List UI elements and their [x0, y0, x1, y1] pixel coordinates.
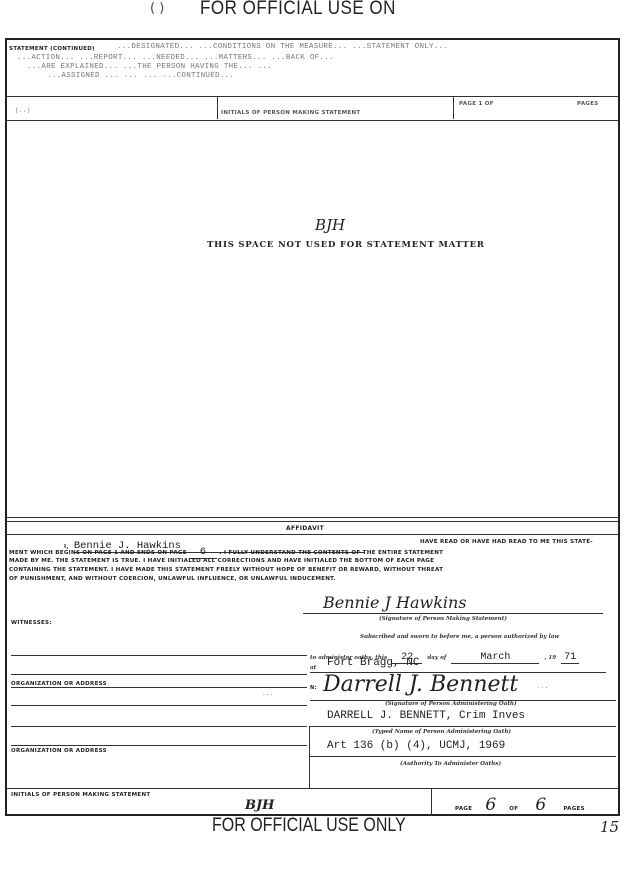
typed-name: DARRELL J. BENNETT, Crim Inves	[327, 710, 525, 722]
footer-initials: BJH	[245, 798, 274, 813]
year-prefix: , 19	[544, 655, 556, 661]
administering-signature-label: (Signature of Person Administering Oath)	[385, 701, 517, 707]
space-not-used-message: THIS SPACE NOT USED FOR STATEMENT MATTER	[207, 240, 485, 250]
witness-line-3	[11, 687, 307, 688]
illegible-line-3: ...ARE EXPLAINED... ...THE PERSON HAVING…	[27, 63, 272, 71]
page-of-pages: PAGE 6 OF 6 PAGES	[455, 795, 585, 815]
person-signature: Bennie J Hawkins	[323, 593, 467, 612]
of-label: OF	[509, 806, 518, 812]
affidavit-line-1-suffix: HAVE READ OR HAVE HAD READ TO ME THIS ST…	[420, 538, 593, 548]
affidavit-line-2-prefix: MENT WHICH BEGINS ON PAGE 1 AND ENDS ON …	[9, 550, 187, 556]
subscribed-text: Subscribed and sworn to before me, a per…	[360, 634, 559, 640]
total-pages: 6	[535, 795, 546, 815]
divider	[7, 788, 618, 789]
authority: Art 136 (b) (4), UCMJ, 1969	[327, 740, 505, 752]
header-pages-label: PAGES	[577, 101, 599, 107]
at-prefix-mark: N:	[310, 685, 317, 691]
signature-line	[303, 613, 603, 614]
pages-label: PAGES	[563, 806, 585, 812]
at-label: at	[310, 665, 316, 671]
oath-month: March	[451, 652, 539, 664]
divider	[431, 788, 432, 816]
header-left-label: (..)	[15, 107, 31, 114]
faint-mid-text: ...	[262, 690, 274, 697]
affidavit-line-2-suffix: . I FULLY UNDERSTAND THE CONTENTS OF THE…	[219, 550, 443, 556]
footer-initials-label: INITIALS OF PERSON MAKING STATEMENT	[11, 792, 150, 798]
official-use-stamp-bottom: FOR OFFICIAL USE ONLY	[212, 815, 406, 837]
witness-line-2	[11, 674, 307, 675]
oath-location: Fort Bragg, NC	[327, 657, 419, 669]
faint-right-text: ...	[537, 683, 549, 690]
witness-line-4	[11, 705, 307, 706]
witness-line-6	[11, 745, 307, 746]
stamp-mark: ( )	[150, 1, 164, 16]
divider	[453, 97, 454, 119]
initials-mark: BJH	[315, 216, 345, 234]
page-label: PAGE	[455, 806, 472, 812]
affidavit-title: AFFIDAVIT	[286, 525, 324, 532]
authority-line	[310, 756, 616, 757]
typed-name-line	[310, 726, 616, 727]
illegible-line-2: ...ACTION... ...REPORT... ...NEEDED... .…	[17, 54, 334, 62]
top-stamp: ( ) FOR OFFICIAL USE ON	[0, 0, 626, 22]
divider	[7, 521, 618, 522]
current-page: 6	[485, 795, 496, 815]
statement-form: STATEMENT (Continued) ...DESIGNATED... .…	[5, 38, 620, 816]
administering-signature: Darrell J. Bennett	[323, 672, 518, 697]
authority-label: (Authority To Administer Oaths)	[400, 761, 501, 767]
header-initials-label: INITIALS OF PERSON MAKING STATEMENT	[221, 110, 360, 116]
divider	[7, 120, 618, 121]
divider	[217, 97, 218, 119]
witness-line-5	[11, 726, 307, 727]
witness-line-1	[11, 655, 307, 656]
illegible-line-4: ...ASSIGNED ... ... ... ...CONTINUED...	[47, 72, 234, 80]
organization-address-label-2: ORGANIZATION OR ADDRESS	[11, 748, 107, 754]
witnesses-label: WITNESSES:	[11, 620, 52, 626]
official-use-stamp-top: FOR OFFICIAL USE ON	[200, 0, 396, 20]
affidavit-line-5: OF PUNISHMENT, AND WITHOUT COERCION, UNL…	[9, 575, 336, 585]
person-signature-label: (Signature of Person Making Statement)	[379, 616, 507, 622]
typed-name-label: (Typed Name of Person Administering Oath…	[372, 729, 511, 735]
handwritten-page-number: 15	[600, 818, 619, 836]
header-page-label: PAGE 1 OF	[459, 101, 494, 107]
organization-address-label-1: ORGANIZATION OR ADDRESS	[11, 681, 107, 687]
divider	[309, 726, 310, 788]
illegible-line-1: ...DESIGNATED... ...CONDITIONS ON THE ME…	[117, 43, 448, 51]
statement-continued-label: STATEMENT (Continued)	[9, 46, 95, 52]
day-of-label: day of	[427, 655, 446, 661]
divider	[7, 517, 618, 518]
divider	[7, 96, 618, 97]
oath-year: 71	[561, 652, 579, 664]
